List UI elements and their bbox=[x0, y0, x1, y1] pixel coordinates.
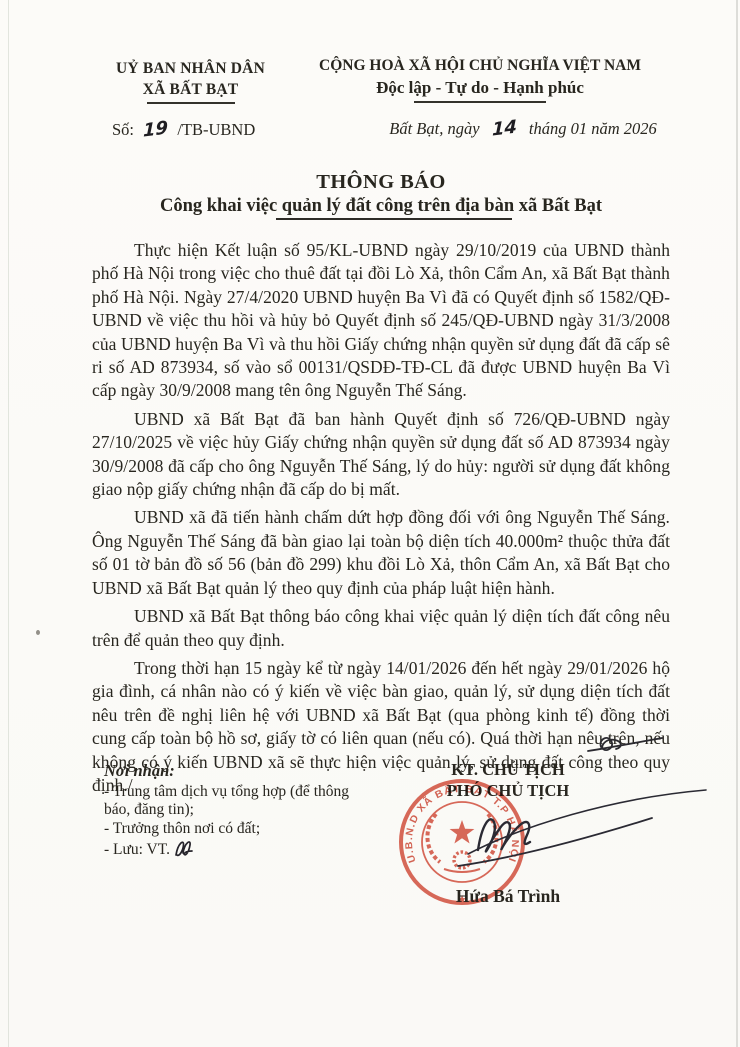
scanned-document-page: UỶ BAN NHÂN DÂN XÃ BẤT BẠT CỘNG HOÀ XÃ H… bbox=[0, 0, 740, 1047]
scan-noise-dot bbox=[36, 630, 40, 635]
document-number: Số: 19 /TB-UBND bbox=[112, 119, 255, 140]
paragraph-2: UBND xã Bất Bạt đã ban hành Quyết định s… bbox=[92, 408, 670, 502]
scan-edge-left bbox=[8, 0, 9, 1047]
issuing-authority-block: UỶ BAN NHÂN DÂN XÃ BẤT BẠT bbox=[98, 58, 283, 104]
recipients-label: Nơi nhận: bbox=[104, 762, 352, 781]
issuing-authority-line2: XÃ BẤT BẠT bbox=[98, 79, 283, 100]
document-subtitle-underline bbox=[276, 218, 512, 220]
date-day-handwritten: 14 bbox=[492, 116, 517, 140]
end-of-text-flourish-icon bbox=[585, 730, 665, 758]
signer-name: Hứa Bá Trình bbox=[413, 886, 603, 907]
recipient-item-3: - Lưu: VT. bbox=[104, 838, 352, 860]
national-header-line1: CỘNG HOÀ XÃ HỘI CHỦ NGHĨA VIỆT NAM bbox=[303, 55, 657, 77]
date-prefix: Bất Bạt, ngày bbox=[389, 119, 479, 138]
document-number-label: Số: bbox=[112, 120, 134, 139]
document-number-suffix: /TB-UBND bbox=[177, 120, 255, 139]
paragraph-3: UBND xã đã tiến hành chấm dứt hợp đồng đ… bbox=[92, 506, 670, 600]
recipient-item-2: - Trưởng thôn nơi có đất; bbox=[104, 820, 352, 839]
recipients-block: Nơi nhận: - Trung tâm dịch vụ tổng hợp (… bbox=[104, 762, 352, 860]
date-suffix: tháng 01 năm 2026 bbox=[529, 119, 657, 138]
paragraph-1: Thực hiện Kết luận số 95/KL-UBND ngày 29… bbox=[92, 239, 670, 403]
national-motto: Độc lập - Tự do - Hạnh phúc bbox=[303, 77, 657, 99]
issuing-authority-underline bbox=[147, 102, 235, 104]
paragraph-4: UBND xã Bất Bạt thông báo công khai việc… bbox=[92, 605, 670, 652]
recipient-item-1: - Trung tâm dịch vụ tổng hợp (để thông b… bbox=[104, 783, 352, 820]
scan-edge-right bbox=[736, 0, 738, 1047]
document-title: THÔNG BÁO bbox=[92, 171, 670, 194]
document-subtitle: Công khai việc quản lý đất công trên địa… bbox=[92, 196, 670, 220]
document-body: Thực hiện Kết luận số 95/KL-UBND ngày 29… bbox=[92, 239, 670, 802]
recipient-item-3-text: - Lưu: VT. bbox=[104, 841, 170, 858]
document-number-handwritten: 19 bbox=[143, 117, 168, 141]
signature-icon bbox=[452, 780, 712, 875]
national-motto-underline bbox=[414, 101, 546, 103]
clerk-initials-icon bbox=[171, 838, 195, 860]
document-subtitle-text: Công khai việc quản lý đất công trên địa… bbox=[92, 196, 670, 217]
national-header-block: CỘNG HOÀ XÃ HỘI CHỦ NGHĨA VIỆT NAM Độc l… bbox=[303, 55, 657, 103]
issuing-authority-line1: UỶ BAN NHÂN DÂN bbox=[98, 58, 283, 79]
place-and-date: Bất Bạt, ngày 14 tháng 01 năm 2026 bbox=[363, 118, 683, 139]
